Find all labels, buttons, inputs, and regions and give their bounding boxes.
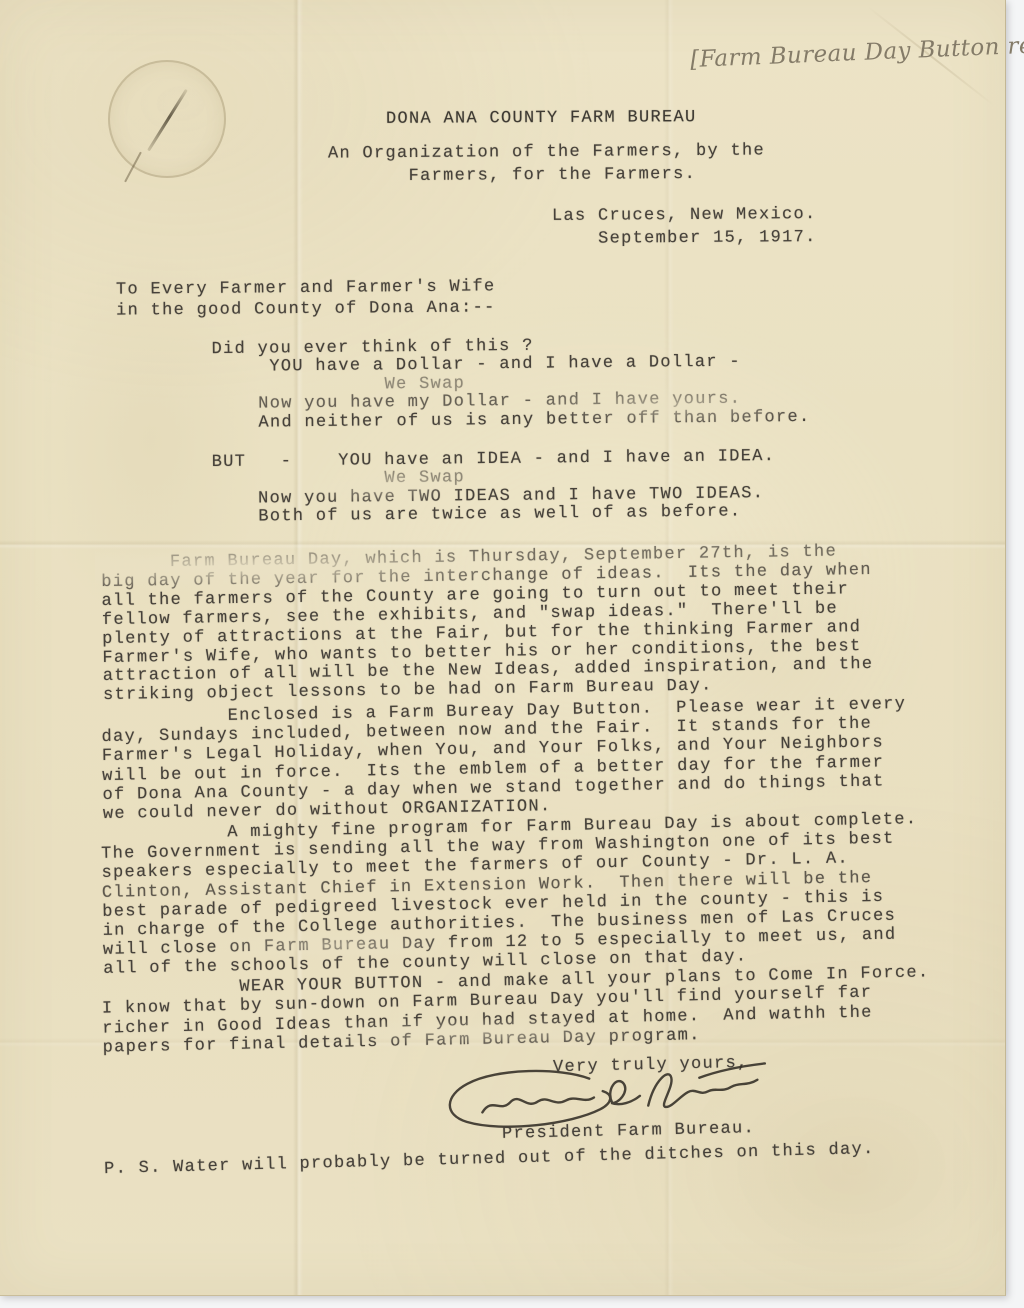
button-removal-mark [108,60,226,178]
verse-dollar-swap: Did you ever think of this ? YOU have a … [212,335,811,433]
letterhead-title: DONA ANA COUNTY FARM BUREAU [386,107,697,131]
text-line: To Every Farmer and Farmer's Wife [116,277,496,301]
text-line: Both of us are twice as well of as befor… [212,503,776,527]
paragraph-program: A mighty fine program for Farm Bureau Da… [101,810,920,979]
dateline: Las Cruces, New Mexico. September 15, 19… [552,203,817,251]
pin-hole-mark [147,89,187,151]
pin-scratch-mark [124,152,142,183]
salutation: To Every Farmer and Farmer's Wifein the … [116,277,496,321]
scan-background: [Farm Bureau Day Button removed] DONA AN… [0,0,1024,1308]
handwritten-annotation: [Farm Bureau Day Button removed] [690,29,1024,73]
letterhead-tagline: An Organization of the Farmers, by the F… [328,139,765,188]
text-line: Las Cruces, New Mexico. [552,203,817,228]
text-line: in the good County of Dona Ana:-- [116,298,496,322]
letter-paper: [Farm Bureau Day Button removed] DONA AN… [0,0,1006,1296]
text-line: Farmers, for the Farmers. [328,162,765,188]
verse-idea-swap: BUT - YOU have an IDEA - and I have an I… [212,448,776,528]
text-line: September 15, 1917. [552,226,817,251]
paragraph-farm-bureau-day: Farm Bureau Day, which is Thursday, Sept… [101,543,874,706]
paragraph-button-enclosed: Enclosed is a Farm Bureay Day Button. Pl… [101,695,908,824]
text-line: An Organization of the Farmers, by the [328,139,765,165]
